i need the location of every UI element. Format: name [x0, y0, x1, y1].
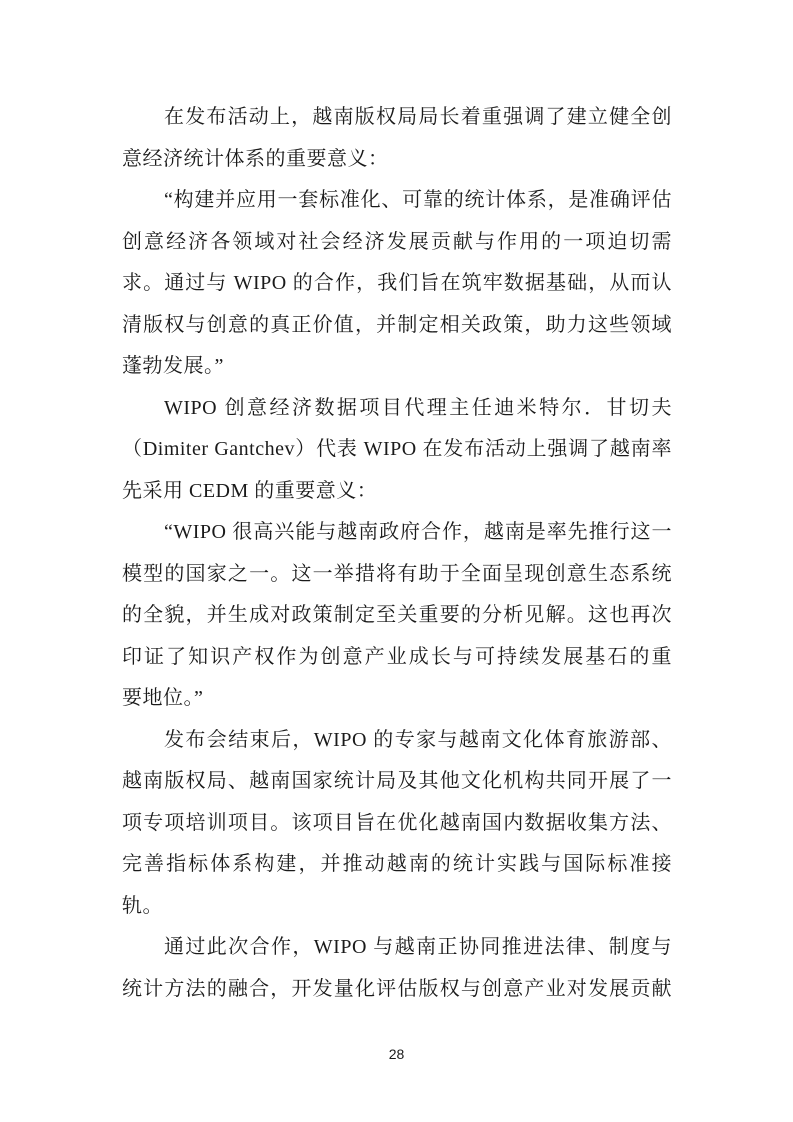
text-line: 发布会结束后，WIPO 的专家与越南文化体育旅游部、: [122, 720, 672, 762]
text-line: 要地位。”: [122, 678, 672, 720]
text-line: 完善指标体系构建，并推动越南的统计实践与国际标准接: [122, 844, 672, 886]
text-line: 越南版权局、越南国家统计局及其他文化机构共同开展了一: [122, 761, 672, 803]
paragraph: WIPO 创意经济数据项目代理主任迪米特尔．甘切夫（Dimiter Gantch…: [122, 388, 672, 513]
text-line: 清版权与创意的真正价值，并制定相关政策，助力这些领域: [122, 305, 672, 347]
text-line: 的全貌，并生成对政策制定至关重要的分析见解。这也再次: [122, 595, 672, 637]
text-line: 轨。: [122, 886, 672, 928]
document-page: 在发布活动上，越南版权局局长着重强调了建立健全创意经济统计体系的重要意义：“构建…: [0, 0, 793, 1122]
text-line: 项专项培训项目。该项目旨在优化越南国内数据收集方法、: [122, 803, 672, 845]
text-line: 蓬勃发展。”: [122, 346, 672, 388]
text-line: 先采用 CEDM 的重要意义：: [122, 471, 672, 513]
text-line: “构建并应用一套标准化、可靠的统计体系，是准确评估: [122, 180, 672, 222]
document-body: 在发布活动上，越南版权局局长着重强调了建立健全创意经济统计体系的重要意义：“构建…: [122, 97, 672, 1010]
text-line: 求。通过与 WIPO 的合作，我们旨在筑牢数据基础，从而认: [122, 263, 672, 305]
paragraph: “WIPO 很高兴能与越南政府合作，越南是率先推行这一模型的国家之一。这一举措将…: [122, 512, 672, 720]
page-number: 28: [0, 1046, 793, 1062]
paragraph: 通过此次合作，WIPO 与越南正协同推进法律、制度与统计方法的融合，开发量化评估…: [122, 927, 672, 1010]
paragraph: 发布会结束后，WIPO 的专家与越南文化体育旅游部、越南版权局、越南国家统计局及…: [122, 720, 672, 928]
text-line: 模型的国家之一。这一举措将有助于全面呈现创意生态系统: [122, 554, 672, 596]
text-line: 创意经济各领域对社会经济发展贡献与作用的一项迫切需: [122, 222, 672, 264]
text-line: WIPO 创意经济数据项目代理主任迪米特尔．甘切夫: [122, 388, 672, 430]
paragraph: “构建并应用一套标准化、可靠的统计体系，是准确评估创意经济各领域对社会经济发展贡…: [122, 180, 672, 388]
paragraph: 在发布活动上，越南版权局局长着重强调了建立健全创意经济统计体系的重要意义：: [122, 97, 672, 180]
text-line: （Dimiter Gantchev）代表 WIPO 在发布活动上强调了越南率: [122, 429, 672, 471]
text-line: 统计方法的融合，开发量化评估版权与创意产业对发展贡献: [122, 969, 672, 1011]
text-line: 意经济统计体系的重要意义：: [122, 139, 672, 181]
text-line: 通过此次合作，WIPO 与越南正协同推进法律、制度与: [122, 927, 672, 969]
text-line: 印证了知识产权作为创意产业成长与可持续发展基石的重: [122, 637, 672, 679]
text-line: 在发布活动上，越南版权局局长着重强调了建立健全创: [122, 97, 672, 139]
text-line: “WIPO 很高兴能与越南政府合作，越南是率先推行这一: [122, 512, 672, 554]
